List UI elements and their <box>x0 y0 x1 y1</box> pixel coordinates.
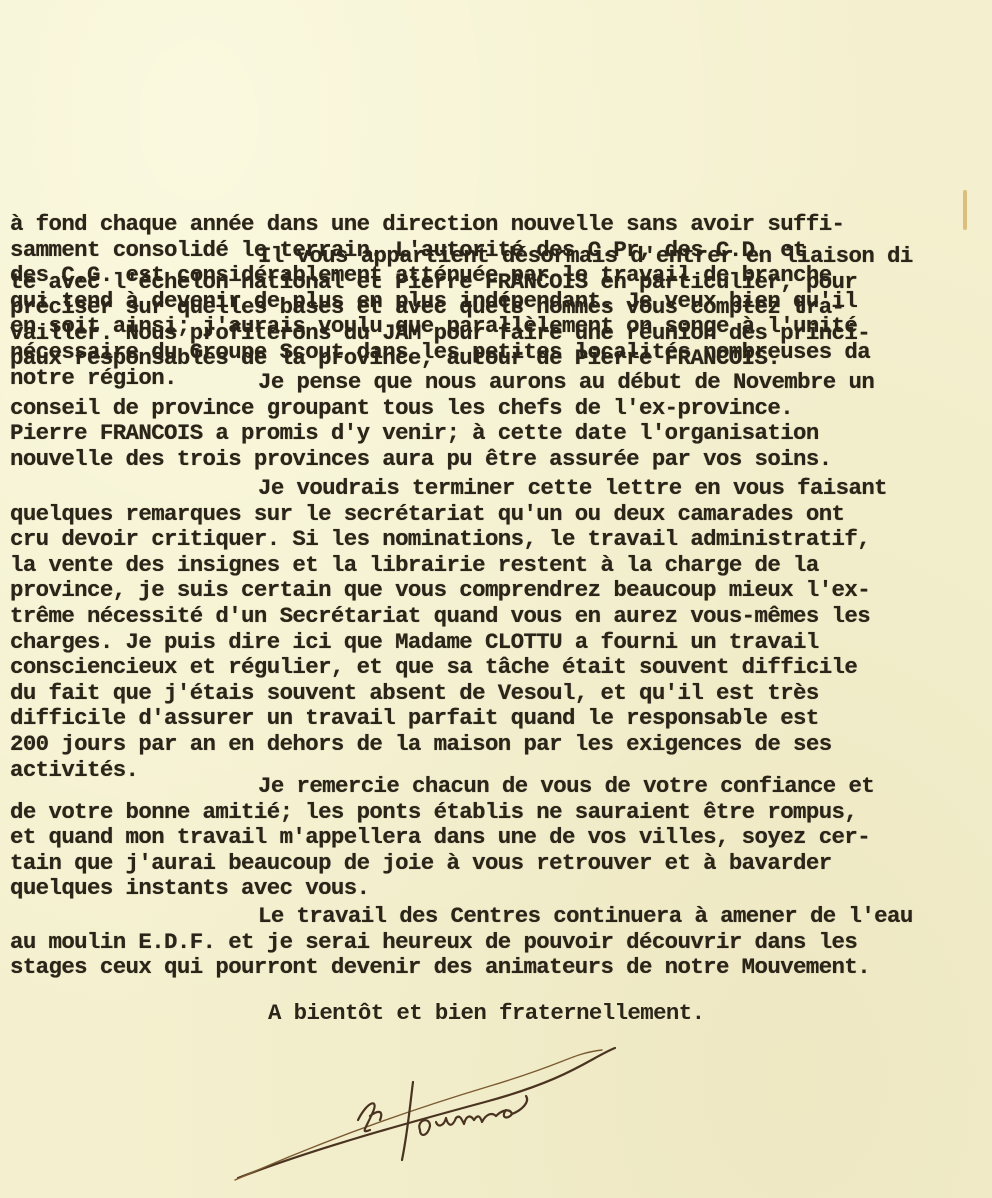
text-line: tain que j'aurai beaucoup de joie à vous… <box>10 851 832 877</box>
letter-body: à fond chaque année dans une direction n… <box>10 0 990 1000</box>
text-line: Je remercie chacun de vous de votre conf… <box>10 774 874 800</box>
text-line: te avec l'échelon national et Pierre FRA… <box>10 270 857 296</box>
text-line: Il vous appartient désormais d'entrer en… <box>10 244 913 270</box>
signature-icon <box>230 1030 630 1198</box>
text-line: au moulin E.D.F. et je serai heureux de … <box>10 930 857 956</box>
text-line: charges. Je puis dire ici que Madame CLO… <box>10 630 819 656</box>
text-line: province, je suis certain que vous compr… <box>10 578 870 604</box>
text-line: Je voudrais terminer cette lettre en vou… <box>10 476 887 502</box>
text-line: de votre bonne amitié; les ponts établis… <box>10 800 857 826</box>
closing-salutation: A bientôt et bien fraternellement. <box>268 1000 704 1026</box>
text-line: quelques remarques sur le secrétariat qu… <box>10 502 844 528</box>
text-line: préciser sur quelles bases et avec quels… <box>10 295 844 321</box>
paper-stain <box>963 190 967 230</box>
text-line: stages ceux qui pourront devenir des ani… <box>10 955 870 981</box>
text-line: la vente des insignes et la librairie re… <box>10 553 819 579</box>
text-line: difficile d'assurer un travail parfait q… <box>10 706 819 732</box>
text-line: trême nécessité d'un Secrétariat quand v… <box>10 604 870 630</box>
text-line: Le travail des Centres continuera à amen… <box>10 904 913 930</box>
text-line: du fait que j'étais souvent absent de Ve… <box>10 681 819 707</box>
text-line: cru devoir critiquer. Si les nominations… <box>10 527 870 553</box>
text-line: nouvelle des trois provinces aura pu êtr… <box>10 447 832 473</box>
text-line: consciencieux et régulier, et que sa tâc… <box>10 655 857 681</box>
text-line: conseil de province groupant tous les ch… <box>10 396 793 422</box>
text-line: vailler. Nous profiterons du JAM pour fa… <box>10 321 870 347</box>
text-line: Pierre FRANCOIS a promis d'y venir; à ce… <box>10 421 819 447</box>
text-line: 200 jours par an en dehors de la maison … <box>10 732 832 758</box>
letter-page: à fond chaque année dans une direction n… <box>0 0 992 1198</box>
text-line: Je pense que nous aurons au début de Nov… <box>10 370 874 396</box>
text-line: quelques instants avec vous. <box>10 876 369 902</box>
text-line: à fond chaque année dans une direction n… <box>10 212 844 238</box>
text-line: et quand mon travail m'appellera dans un… <box>10 825 870 851</box>
